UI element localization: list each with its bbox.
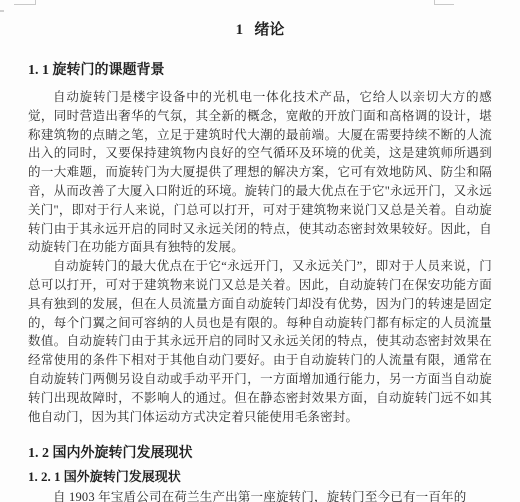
paragraph-background-1: 自动旋转门是楼宇设备中的光机电一体化技术产品，它给人以亲切大方的感觉，同时营造出… bbox=[28, 88, 492, 257]
text-boundary-mark-top-left-tick bbox=[35, 0, 36, 5]
subsection-heading-1-2-1: 1. 2. 1 国外旋转门发展现状 bbox=[28, 468, 492, 485]
section-heading-1-2: 1. 2 国内外旋转门发展现状 bbox=[28, 445, 492, 463]
text-boundary-mark-top-left bbox=[14, 4, 36, 5]
document-page: 1 绪论 1. 1 旋转门的课题背景 自动旋转门是楼宇设备中的光机电一体化技术产… bbox=[0, 0, 520, 502]
text-boundary-mark-top-right bbox=[434, 4, 454, 5]
text-boundary-mark-top-right-tick bbox=[434, 0, 435, 5]
paragraph-background-2: 自动旋转门的最大优点在于它“永远开门，又永远关门”，即对于人员来说，门总可以打开… bbox=[28, 257, 492, 426]
paragraph-history-1: 自 1903 年宝盾公司在荷兰生产出第一座旋转门，旋转门至今已有一百年的 bbox=[28, 488, 492, 502]
chapter-title: 1 绪论 bbox=[28, 20, 492, 40]
page-edge-mark bbox=[0, 10, 4, 12]
section-heading-1-1: 1. 1 旋转门的课题背景 bbox=[28, 62, 492, 80]
